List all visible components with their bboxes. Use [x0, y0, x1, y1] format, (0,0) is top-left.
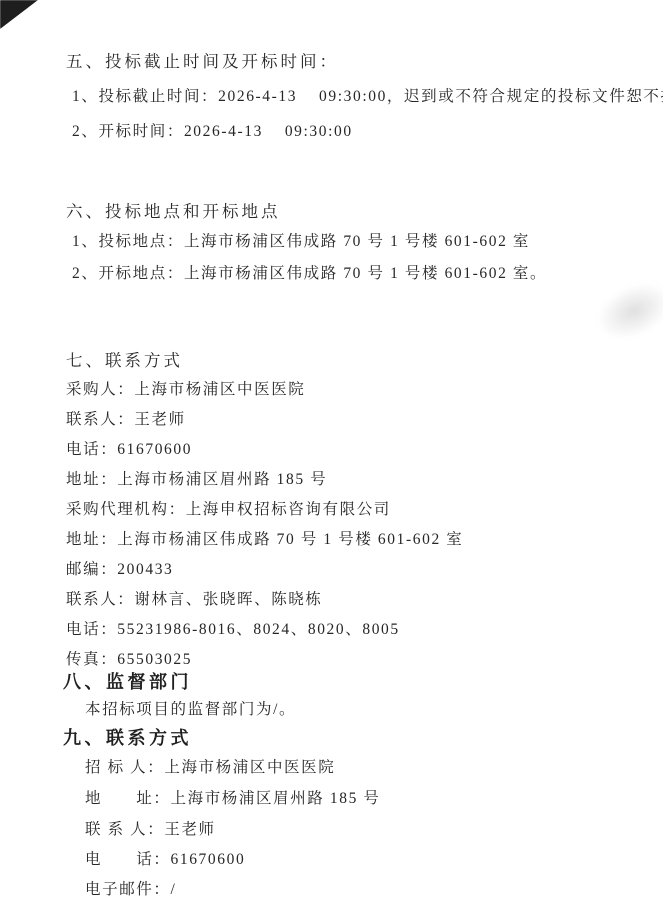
section8-heading: 八、监督部门 [63, 672, 192, 694]
bid-location-item: 1、投标地点：上海市杨浦区伟成路 70 号 1 号楼 601-602 室 [72, 233, 530, 252]
tenderer-email-line: 电子邮件：/ [85, 881, 176, 900]
agency-line: 采购代理机构：上海申权招标咨询有限公司 [66, 501, 391, 520]
tenderer-phone-line: 电 话：61670600 [85, 851, 245, 870]
section9-heading: 九、联系方式 [63, 728, 192, 750]
tenderer-address-line: 地 址：上海市杨浦区眉州路 185 号 [85, 790, 381, 809]
section5-heading: 五、投标截止时间及开标时间： [66, 52, 339, 72]
scan-smudge-artifact [588, 272, 663, 350]
scan-corner-artifact [0, 0, 38, 29]
section6-heading: 六、投标地点和开标地点 [66, 202, 281, 222]
purchaser-line: 采购人：上海市杨浦区中医医院 [66, 381, 305, 400]
agency-phone-line: 电话：55231986-8016、8024、8020、8005 [66, 621, 400, 640]
purchaser-phone-line: 电话：61670600 [66, 441, 192, 460]
purchaser-address-line: 地址：上海市杨浦区眉州路 185 号 [66, 471, 327, 490]
agency-address-line: 地址：上海市杨浦区伟成路 70 号 1 号楼 601-602 室 [66, 531, 463, 550]
supervision-line: 本招标项目的监督部门为/。 [85, 701, 296, 720]
section7-heading: 七、联系方式 [66, 351, 183, 371]
postcode-line: 邮编：200433 [66, 561, 173, 580]
bid-deadline-item: 1、投标截止时间：2026-4-13 09:30:00，迟到或不符合规定的投标文… [72, 88, 663, 107]
document-page: 五、投标截止时间及开标时间： 1、投标截止时间：2026-4-13 09:30:… [0, 0, 663, 909]
fax-line: 传真：65503025 [66, 651, 192, 670]
purchaser-contact-line: 联系人：王老师 [66, 411, 186, 430]
opening-location-item: 2、开标地点：上海市杨浦区伟成路 70 号 1 号楼 601-602 室。 [72, 265, 547, 284]
bid-opening-time-item: 2、开标时间：2026-4-13 09:30:00 [72, 123, 353, 142]
agency-contacts-line: 联系人：谢林言、张晓晖、陈晓栋 [66, 591, 323, 610]
tenderer-line: 招 标 人：上海市杨浦区中医医院 [85, 759, 335, 778]
tenderer-contact-line: 联 系 人：王老师 [85, 821, 216, 840]
